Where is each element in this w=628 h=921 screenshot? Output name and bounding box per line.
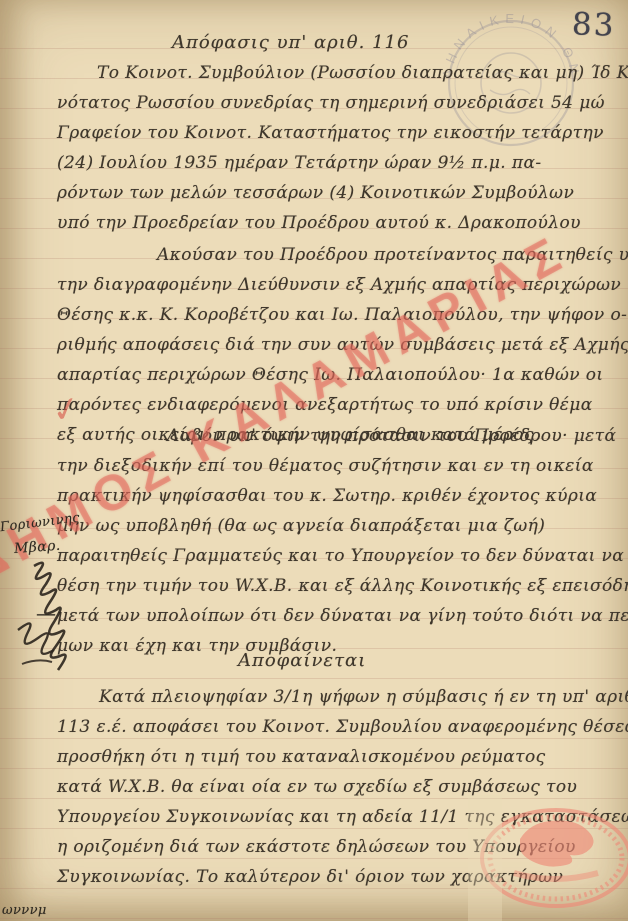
manuscript-line: υπό την Προεδρείαν του Προέδρου αυτού κ.… bbox=[57, 208, 617, 238]
manuscript-line: την διεξοδικήν επί του θέματος συζήτησιν… bbox=[57, 451, 617, 481]
manuscript-line: ρόντων των μελών τεσσάρων (4) Κοινοτικών… bbox=[57, 178, 617, 208]
paragraph-2: Ακούσαν του Προέδρου προτείναντος παραιτ… bbox=[57, 240, 617, 450]
manuscript-line: (24) Ιουλίου 1935 ημέραν Τετάρτην ώραν 9… bbox=[57, 148, 617, 178]
margin-note-text-2: Μβαρ. bbox=[13, 530, 71, 564]
manuscript-line: την διαγραφομένην Διεύθυνσιν εξ Αχμής απ… bbox=[57, 270, 617, 300]
seal-emblem bbox=[520, 820, 594, 866]
manuscript-line: Λαβόν υπ' όψιν την πρότασιν του Προέδρου… bbox=[57, 421, 617, 451]
manuscript-line: Ακούσαν του Προέδρου προτείναντος παραιτ… bbox=[57, 240, 617, 270]
margin-bottom-scribble: ωνννμ bbox=[2, 896, 47, 921]
red-oval-seal bbox=[468, 795, 628, 921]
manuscript-line: απαρτίας περιχώρων Θέσης Ιω. Παλαιοπούλο… bbox=[57, 360, 617, 390]
manuscript-line: 113 ε.έ. αποφάσει του Κοινοτ. Συμβουλίου… bbox=[57, 712, 617, 742]
paragraph-3: Λαβόν υπ' όψιν την πρότασιν του Προέδρου… bbox=[57, 421, 617, 661]
manuscript-line: θέση την τιμήν του W.X.B. και εξ άλλης Κ… bbox=[57, 571, 617, 601]
manuscript-line: μην ως υποβληθή (θα ως αγνεία διαπράξετα… bbox=[57, 511, 617, 541]
manuscript-line: μετά των υπολοίπων ότι δεν δύναται να γί… bbox=[57, 601, 617, 631]
manuscript-line: ριθμής αποφάσεις διά την συν αυτών συμβά… bbox=[57, 330, 617, 360]
decision-number-heading: Απόφασις υπ' αριθ. 116 bbox=[172, 28, 409, 58]
manuscript-line: Το Κοινοτ. Συμβούλιον (Ρωσσίου διαπρατεί… bbox=[57, 58, 617, 88]
decision-verdict-heading: Αποφαίνεται bbox=[238, 646, 366, 676]
paragraph-1: Το Κοινοτ. Συμβούλιον (Ρωσσίου διαπρατεί… bbox=[57, 58, 617, 238]
manuscript-line: προσθήκη ότι η τιμή του καταναλισκομένου… bbox=[57, 742, 617, 772]
manuscript-line: Γραφείον του Κοινοτ. Καταστήματος την ει… bbox=[57, 118, 617, 148]
manuscript-line: παραιτηθείς Γραμματεύς και το Υπουργείον… bbox=[57, 541, 617, 571]
margin-notes: Γοριωνινης Μβαρ. bbox=[0, 516, 70, 562]
manuscript-line: πρακτικήν ψηφίσασθαι του κ. Σωτηρ. κριθέ… bbox=[57, 481, 617, 511]
margin-dash: — bbox=[36, 598, 56, 628]
manuscript-line: νότατος Ρωσσίου συνεδρίας τη σημερινή συ… bbox=[57, 88, 617, 118]
manuscript-page: { "page": { "number": "83", "heading": "… bbox=[0, 0, 628, 921]
manuscript-line: Θέσης κ.κ. Κ. Κοροβέτζου και Ιω. Παλαιοπ… bbox=[57, 300, 617, 330]
manuscript-line: παρόντες ενδιαφερόμενοι ανεξαρτήτως το υ… bbox=[57, 390, 617, 420]
manuscript-line: Κατά πλειοψηφίαν 3/1η ψήφων η σύμβασις ή… bbox=[57, 682, 617, 712]
